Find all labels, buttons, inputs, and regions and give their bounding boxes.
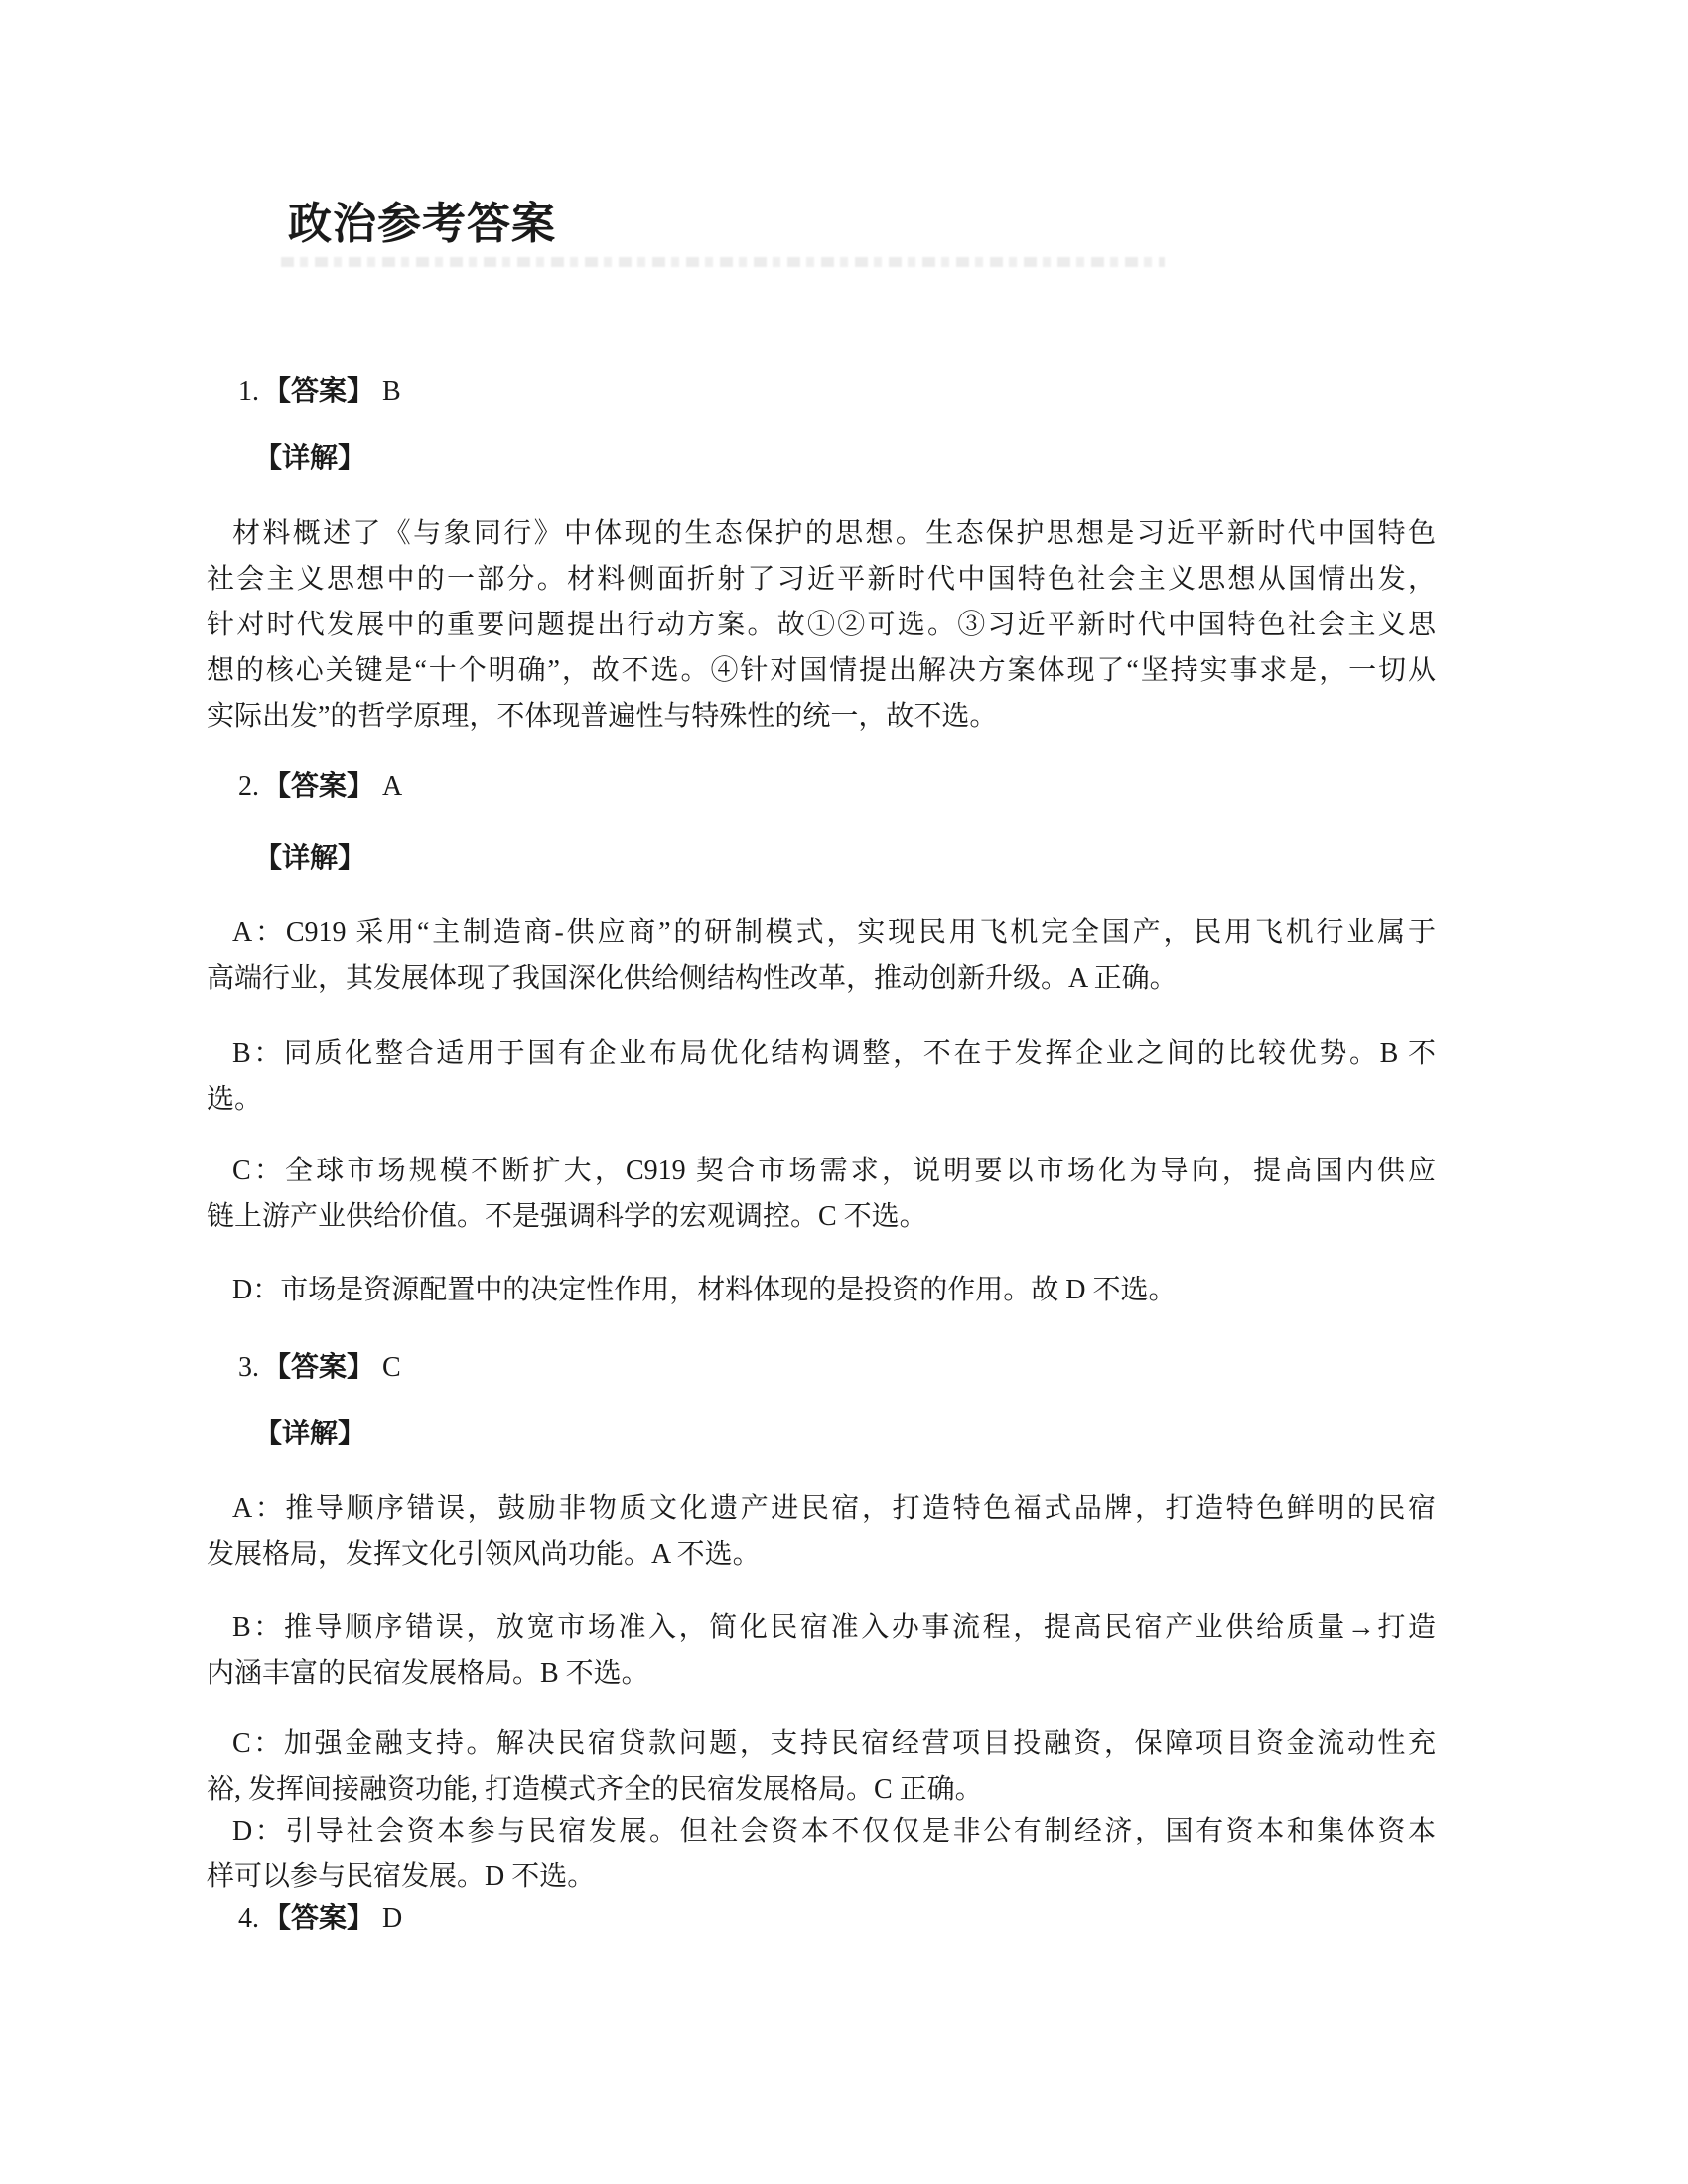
explanation-line: 样可以参与民宿发展。D 不选。 [207,1854,1436,1900]
answer-number: 3. [238,1352,259,1383]
answer-number: 2. [238,771,259,802]
answer-letter: A [382,771,402,802]
answer-label: 【答案】 [263,1352,374,1383]
explanation-line: C：全球市场规模不断扩大，C919 契合市场需求，说明要以市场化为导向，提高国内… [207,1149,1436,1194]
explanation-line: 社会主义思想中的一部分。材料侧面折射了习近平新时代中国特色社会主义思想从国情出发… [207,557,1436,603]
scan-artifact-smudge [281,257,1165,267]
explanation-line: C：加强金融支持。解决民宿贷款问题，支持民宿经营项目投融资，保障项目资金流动性充 [207,1721,1436,1767]
document-page: 政治参考答案 1.【答案】B 【详解】 材料概述了《与象同行》中体现的生态保护的… [0,0,1688,2184]
answer-letter: C [382,1352,401,1383]
explanation-line: A：推导顺序错误，鼓励非物质文化遗产进民宿，打造特色福式品牌，打造特色鲜明的民宿 [207,1486,1436,1532]
explanation-line: D：市场是资源配置中的决定性作用，材料体现的是投资的作用。故 D 不选。 [207,1268,1436,1313]
page-title: 政治参考答案 [288,199,556,251]
explanation-line: 内涵丰富的民宿发展格局。B 不选。 [207,1651,1436,1697]
detail-label-1: 【详解】 [254,436,365,481]
explanation-paragraph-q1: 材料概述了《与象同行》中体现的生态保护的思想。生态保护思想是习近平新时代中国特色… [207,511,1436,740]
explanation-line: 裕, 发挥间接融资功能, 打造模式齐全的民宿发展格局。C 正确。 [207,1767,1436,1813]
explanation-line: 选。 [207,1077,1436,1123]
explanation-line: 链上游产业供给价值。不是强调科学的宏观调控。C 不选。 [207,1194,1436,1240]
answer-number: 4. [238,1903,259,1934]
explanation-paragraph-q2-c: C：全球市场规模不断扩大，C919 契合市场需求，说明要以市场化为导向，提高国内… [207,1149,1436,1240]
answer-line-1: 1.【答案】B [238,369,401,415]
answer-label: 【答案】 [263,1903,374,1934]
detail-label-3: 【详解】 [254,1412,365,1457]
explanation-line: 材料概述了《与象同行》中体现的生态保护的思想。生态保护思想是习近平新时代中国特色 [207,511,1436,557]
explanation-line: 实际出发”的哲学原理，不体现普遍性与特殊性的统一，故不选。 [207,694,1436,740]
answer-label: 【答案】 [263,376,374,407]
answer-line-3: 3.【答案】C [238,1345,401,1391]
explanation-paragraph-q2-a: A：C919 采用“主制造商-供应商”的研制模式，实现民用飞机完全国产，民用飞机… [207,910,1436,1002]
explanation-paragraph-q3-d: D：引导社会资本参与民宿发展。但社会资本不仅仅是非公有制经济，国有资本和集体资本… [207,1809,1436,1900]
explanation-line: 高端行业，其发展体现了我国深化供给侧结构性改革，推动创新升级。A 正确。 [207,956,1436,1002]
explanation-line: B：同质化整合适用于国有企业布局优化结构调整，不在于发挥企业之间的比较优势。B … [207,1031,1436,1077]
explanation-line: D：引导社会资本参与民宿发展。但社会资本不仅仅是非公有制经济，国有资本和集体资本 [207,1809,1436,1854]
explanation-line: 针对时代发展中的重要问题提出行动方案。故①②可选。③习近平新时代中国特色社会主义… [207,603,1436,648]
explanation-paragraph-q3-b: B：推导顺序错误，放宽市场准入，简化民宿准入办事流程，提高民宿产业供给质量→打造… [207,1605,1436,1697]
explanation-paragraph-q2-d: D：市场是资源配置中的决定性作用，材料体现的是投资的作用。故 D 不选。 [207,1268,1436,1313]
explanation-line: A：C919 采用“主制造商-供应商”的研制模式，实现民用飞机完全国产，民用飞机… [207,910,1436,956]
answer-line-4: 4.【答案】D [238,1896,402,1942]
answer-line-2: 2.【答案】A [238,764,402,810]
explanation-paragraph-q3-a: A：推导顺序错误，鼓励非物质文化遗产进民宿，打造特色福式品牌，打造特色鲜明的民宿… [207,1486,1436,1577]
answer-letter: B [382,376,401,407]
answer-letter: D [382,1903,402,1934]
detail-label-2: 【详解】 [254,836,365,882]
explanation-line: B：推导顺序错误，放宽市场准入，简化民宿准入办事流程，提高民宿产业供给质量→打造 [207,1605,1436,1651]
explanation-paragraph-q2-b: B：同质化整合适用于国有企业布局优化结构调整，不在于发挥企业之间的比较优势。B … [207,1031,1436,1123]
explanation-line: 想的核心关键是“十个明确”，故不选。④针对国情提出解决方案体现了“坚持实事求是，… [207,648,1436,694]
answer-label: 【答案】 [263,771,374,802]
explanation-paragraph-q3-c: C：加强金融支持。解决民宿贷款问题，支持民宿经营项目投融资，保障项目资金流动性充… [207,1721,1436,1813]
explanation-line: 发展格局，发挥文化引领风尚功能。A 不选。 [207,1532,1436,1577]
answer-number: 1. [238,376,259,407]
